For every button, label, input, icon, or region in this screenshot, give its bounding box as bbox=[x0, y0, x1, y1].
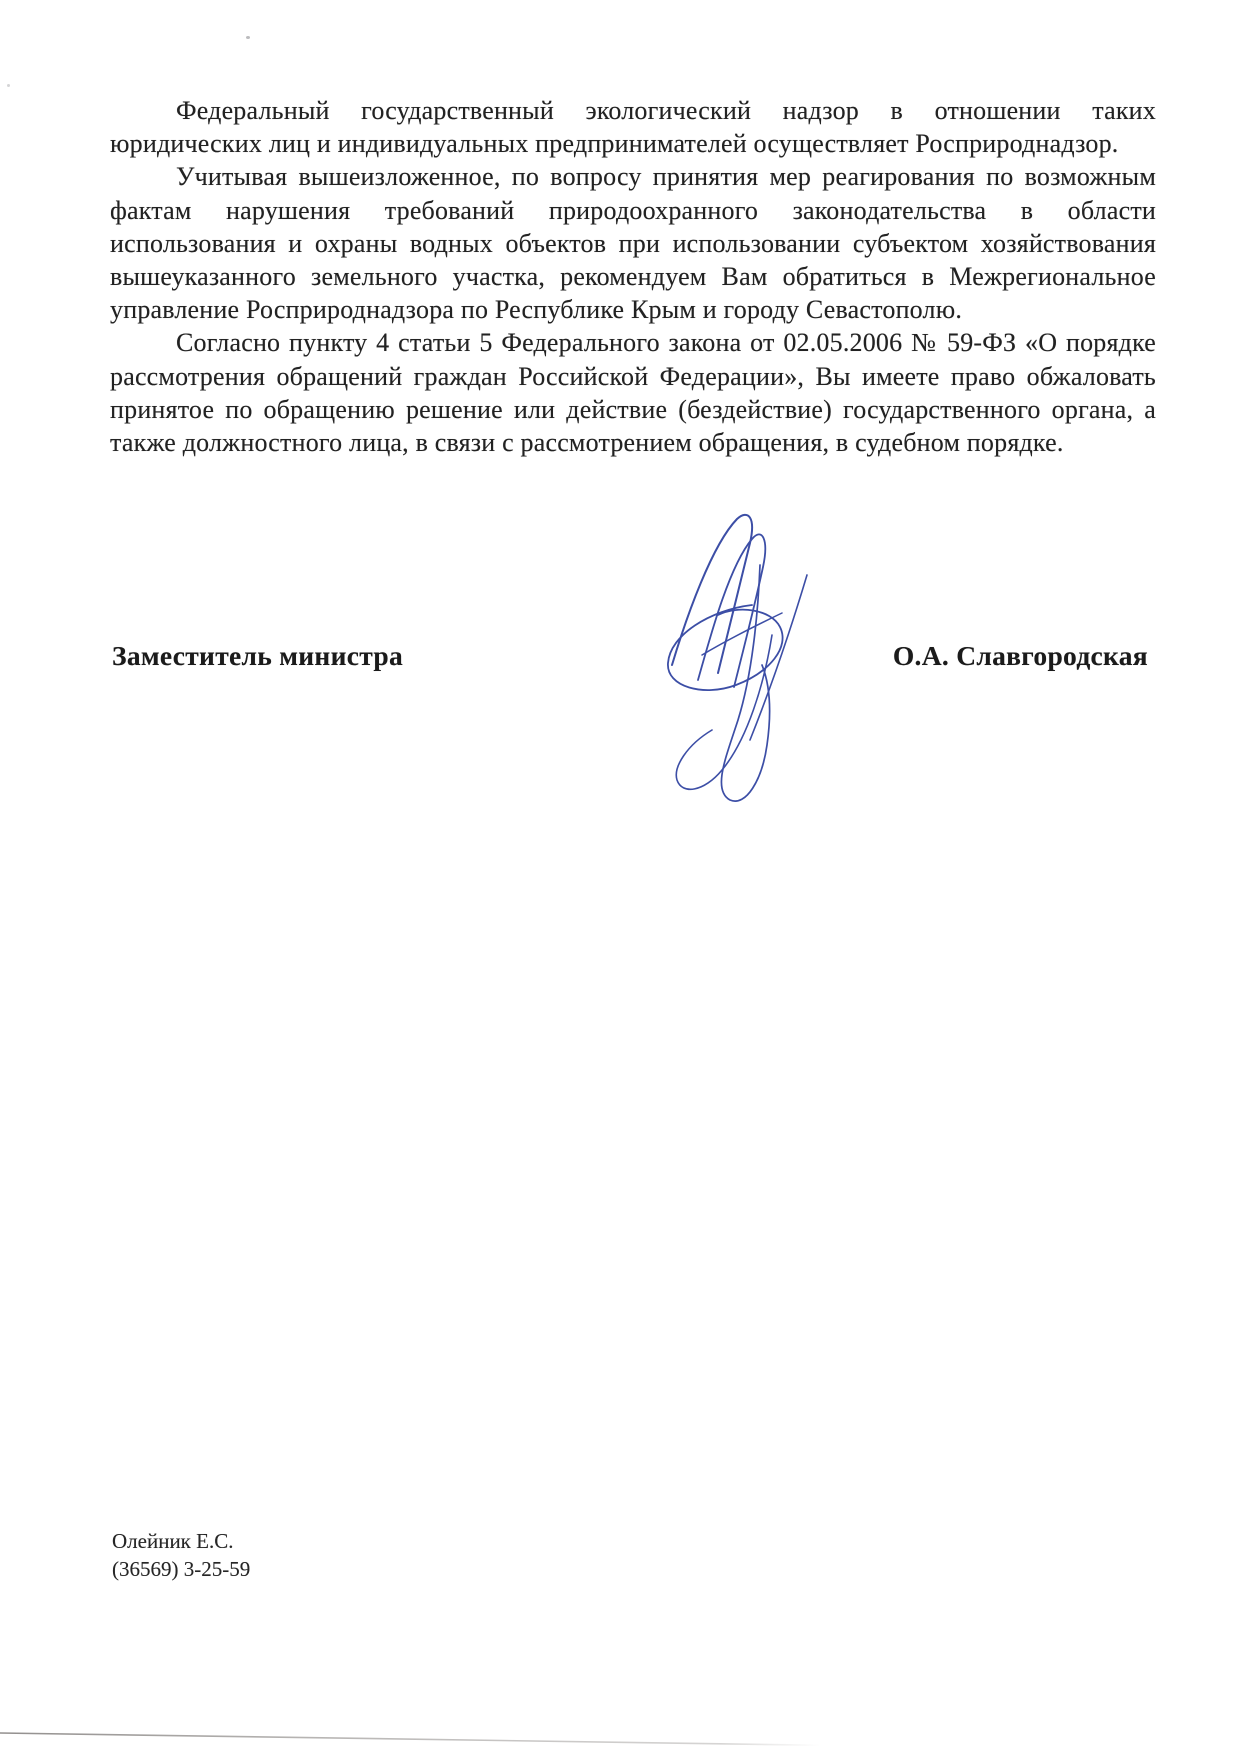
paragraph-appeal-rights: Согласно пункту 4 статьи 5 Федерального … bbox=[110, 326, 1156, 459]
paragraph-recommendation: Учитывая вышеизложенное, по вопросу прин… bbox=[110, 160, 1156, 326]
executor-phone: (36569) 3-25-59 bbox=[112, 1555, 250, 1583]
executor-name: Олейник Е.С. bbox=[112, 1527, 250, 1555]
document-page: Федеральный государственный экологически… bbox=[0, 0, 1240, 1754]
signer-position-title: Заместитель министра bbox=[112, 640, 403, 672]
letter-body: Федеральный государственный экологически… bbox=[110, 94, 1156, 459]
scan-speck bbox=[7, 84, 10, 87]
paragraph-federal-supervision: Федеральный государственный экологически… bbox=[110, 94, 1156, 160]
signature-block: Заместитель министра О.А. Славгородская bbox=[112, 640, 1148, 672]
scan-speck bbox=[246, 36, 250, 39]
scan-artifact-line bbox=[0, 1725, 1240, 1754]
signer-name: О.А. Славгородская bbox=[893, 640, 1148, 672]
executor-info: Олейник Е.С. (36569) 3-25-59 bbox=[112, 1527, 250, 1583]
